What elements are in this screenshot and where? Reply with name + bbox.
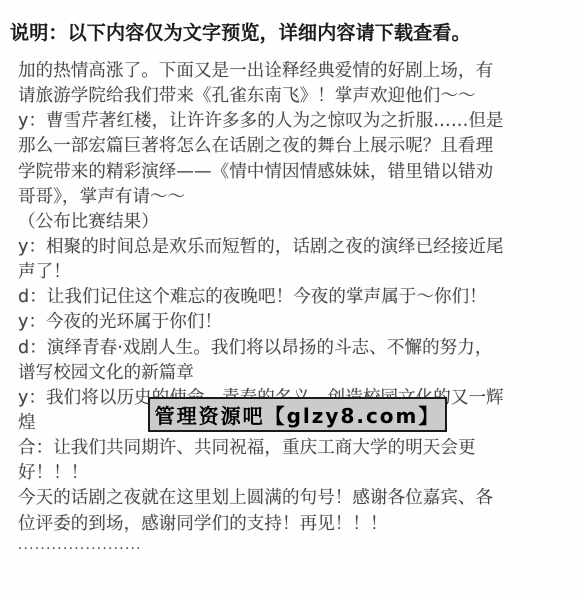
- doc-line: d：让我们记住这个难忘的夜晚吧！今夜的掌声属于～你们！: [18, 285, 563, 310]
- doc-line: 谱写校园文化的新篇章: [18, 361, 563, 386]
- doc-line: 今天的话剧之夜就在这里划上圆满的句号！感谢各位嘉宾、各: [18, 486, 563, 511]
- doc-line: y：今夜的光环属于你们！: [18, 310, 563, 335]
- doc-line: 声了！: [18, 260, 563, 285]
- document-preview-page: 说明：以下内容仅为文字预览，详细内容请下载查看。 加的热情高涨了。下面又是一出诠…: [0, 0, 578, 600]
- doc-line: 学院带来的精彩演绎——《情中情因情感妹妹，错里错以错劝: [18, 160, 563, 185]
- preview-notice: 说明：以下内容仅为文字预览，详细内容请下载查看。: [10, 18, 471, 45]
- doc-line: 哥哥》，掌声有请～～: [18, 185, 563, 210]
- watermark-badge: 管理资源吧【glzy8.com】: [148, 397, 447, 432]
- doc-line: 那么一部宏篇巨著将怎么在话剧之夜的舞台上展示呢？且看理: [18, 134, 563, 159]
- doc-line: 位评委的到场，感谢同学们的支持！再见！！！: [18, 512, 563, 537]
- ellipsis-line: ······················: [18, 537, 563, 562]
- doc-line: y：曹雪芹著红楼，让许许多多的人为之惊叹为之折服……但是: [18, 109, 563, 134]
- doc-line: d：演绎青春·戏剧人生。我们将以昂扬的斗志、不懈的努力，: [18, 336, 563, 361]
- doc-line: y：相聚的时间总是欢乐而短暂的，话剧之夜的演绎已经接近尾: [18, 235, 563, 260]
- doc-line: （公布比赛结果）: [18, 210, 563, 235]
- doc-line: 请旅游学院给我们带来《孔雀东南飞》！掌声欢迎他们～～: [18, 84, 563, 109]
- doc-line: 加的热情高涨了。下面又是一出诠释经典爱情的好剧上场，有: [18, 59, 563, 84]
- document-body: 加的热情高涨了。下面又是一出诠释经典爱情的好剧上场，有 请旅游学院给我们带来《孔…: [18, 59, 563, 562]
- doc-line: 好！！！: [18, 461, 563, 486]
- doc-line: 合：让我们共同期许、共同祝福，重庆工商大学的明天会更: [18, 436, 563, 461]
